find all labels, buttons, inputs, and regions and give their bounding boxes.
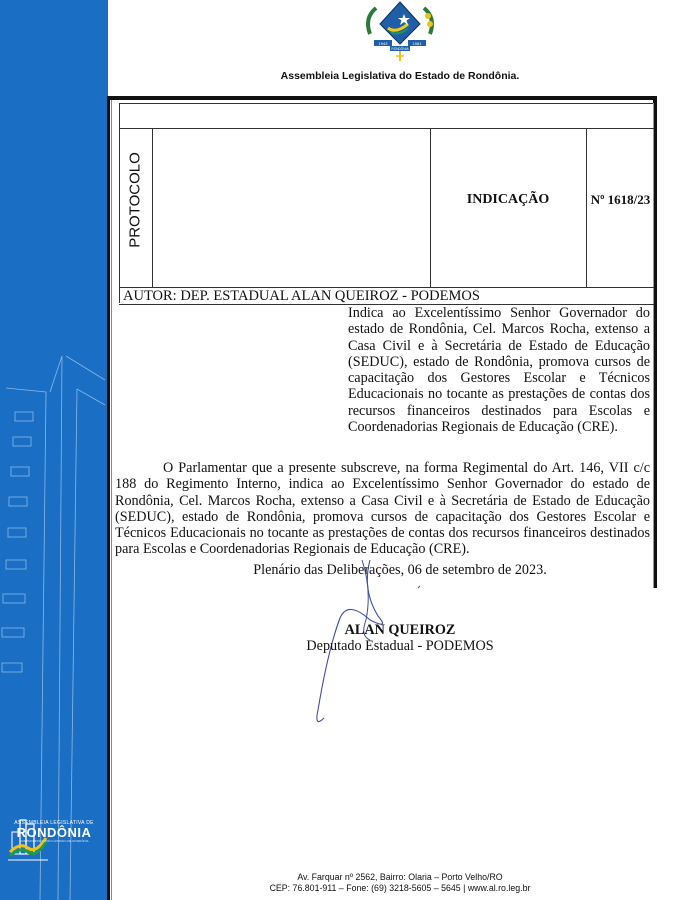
table-divider <box>430 129 431 288</box>
ementa-paragraph: Indica ao Excelentíssimo Senhor Governad… <box>348 305 650 435</box>
organization-name: Assembleia Legislativa do Estado de Rond… <box>0 70 700 82</box>
table-divider <box>586 129 587 288</box>
alero-logo: ASSEMBLEIA LEGISLATIVA DE RONDÔNIA COMPR… <box>8 818 100 843</box>
coat-of-arms-icon: 1943 1981 RONDÔNIA <box>360 0 440 62</box>
protocolo-cell: PROTOCOLO <box>124 150 146 250</box>
document-type: INDICAÇÃO <box>430 192 586 208</box>
logo-tagline: COMPROMISSO COM O ESTADO DE RONDÔNIA <box>8 839 100 843</box>
svg-text:1943: 1943 <box>379 41 389 46</box>
body-paragraph: O Parlamentar que a presente subscreve, … <box>115 460 650 558</box>
footer-address-line: Av. Farquar nº 2562, Bairro: Olaria – Po… <box>230 872 570 883</box>
building-outline-graphic <box>0 0 108 900</box>
signer-name: ALAN QUEIROZ <box>230 622 570 639</box>
table-divider <box>152 129 153 288</box>
footer-contact-line: CEP: 76.801-911 – Fone: (69) 3218-5605 –… <box>230 883 570 894</box>
document-number: Nº 1618/23 <box>587 192 654 208</box>
sidebar-banner: ASSEMBLEIA LEGISLATIVA DE RONDÔNIA COMPR… <box>0 0 108 900</box>
signer-role: Deputado Estadual - PODEMOS <box>230 638 570 655</box>
svg-text:RONDÔNIA: RONDÔNIA <box>391 46 409 51</box>
footer-address: Av. Farquar nº 2562, Bairro: Olaria – Po… <box>230 872 570 894</box>
svg-text:1981: 1981 <box>413 41 423 46</box>
author-line: AUTOR: DEP. ESTADUAL ALAN QUEIROZ - PODE… <box>119 287 654 305</box>
header-table <box>119 128 654 288</box>
protocolo-label: PROTOCOLO <box>127 152 144 248</box>
frame-inner-top <box>119 103 654 104</box>
